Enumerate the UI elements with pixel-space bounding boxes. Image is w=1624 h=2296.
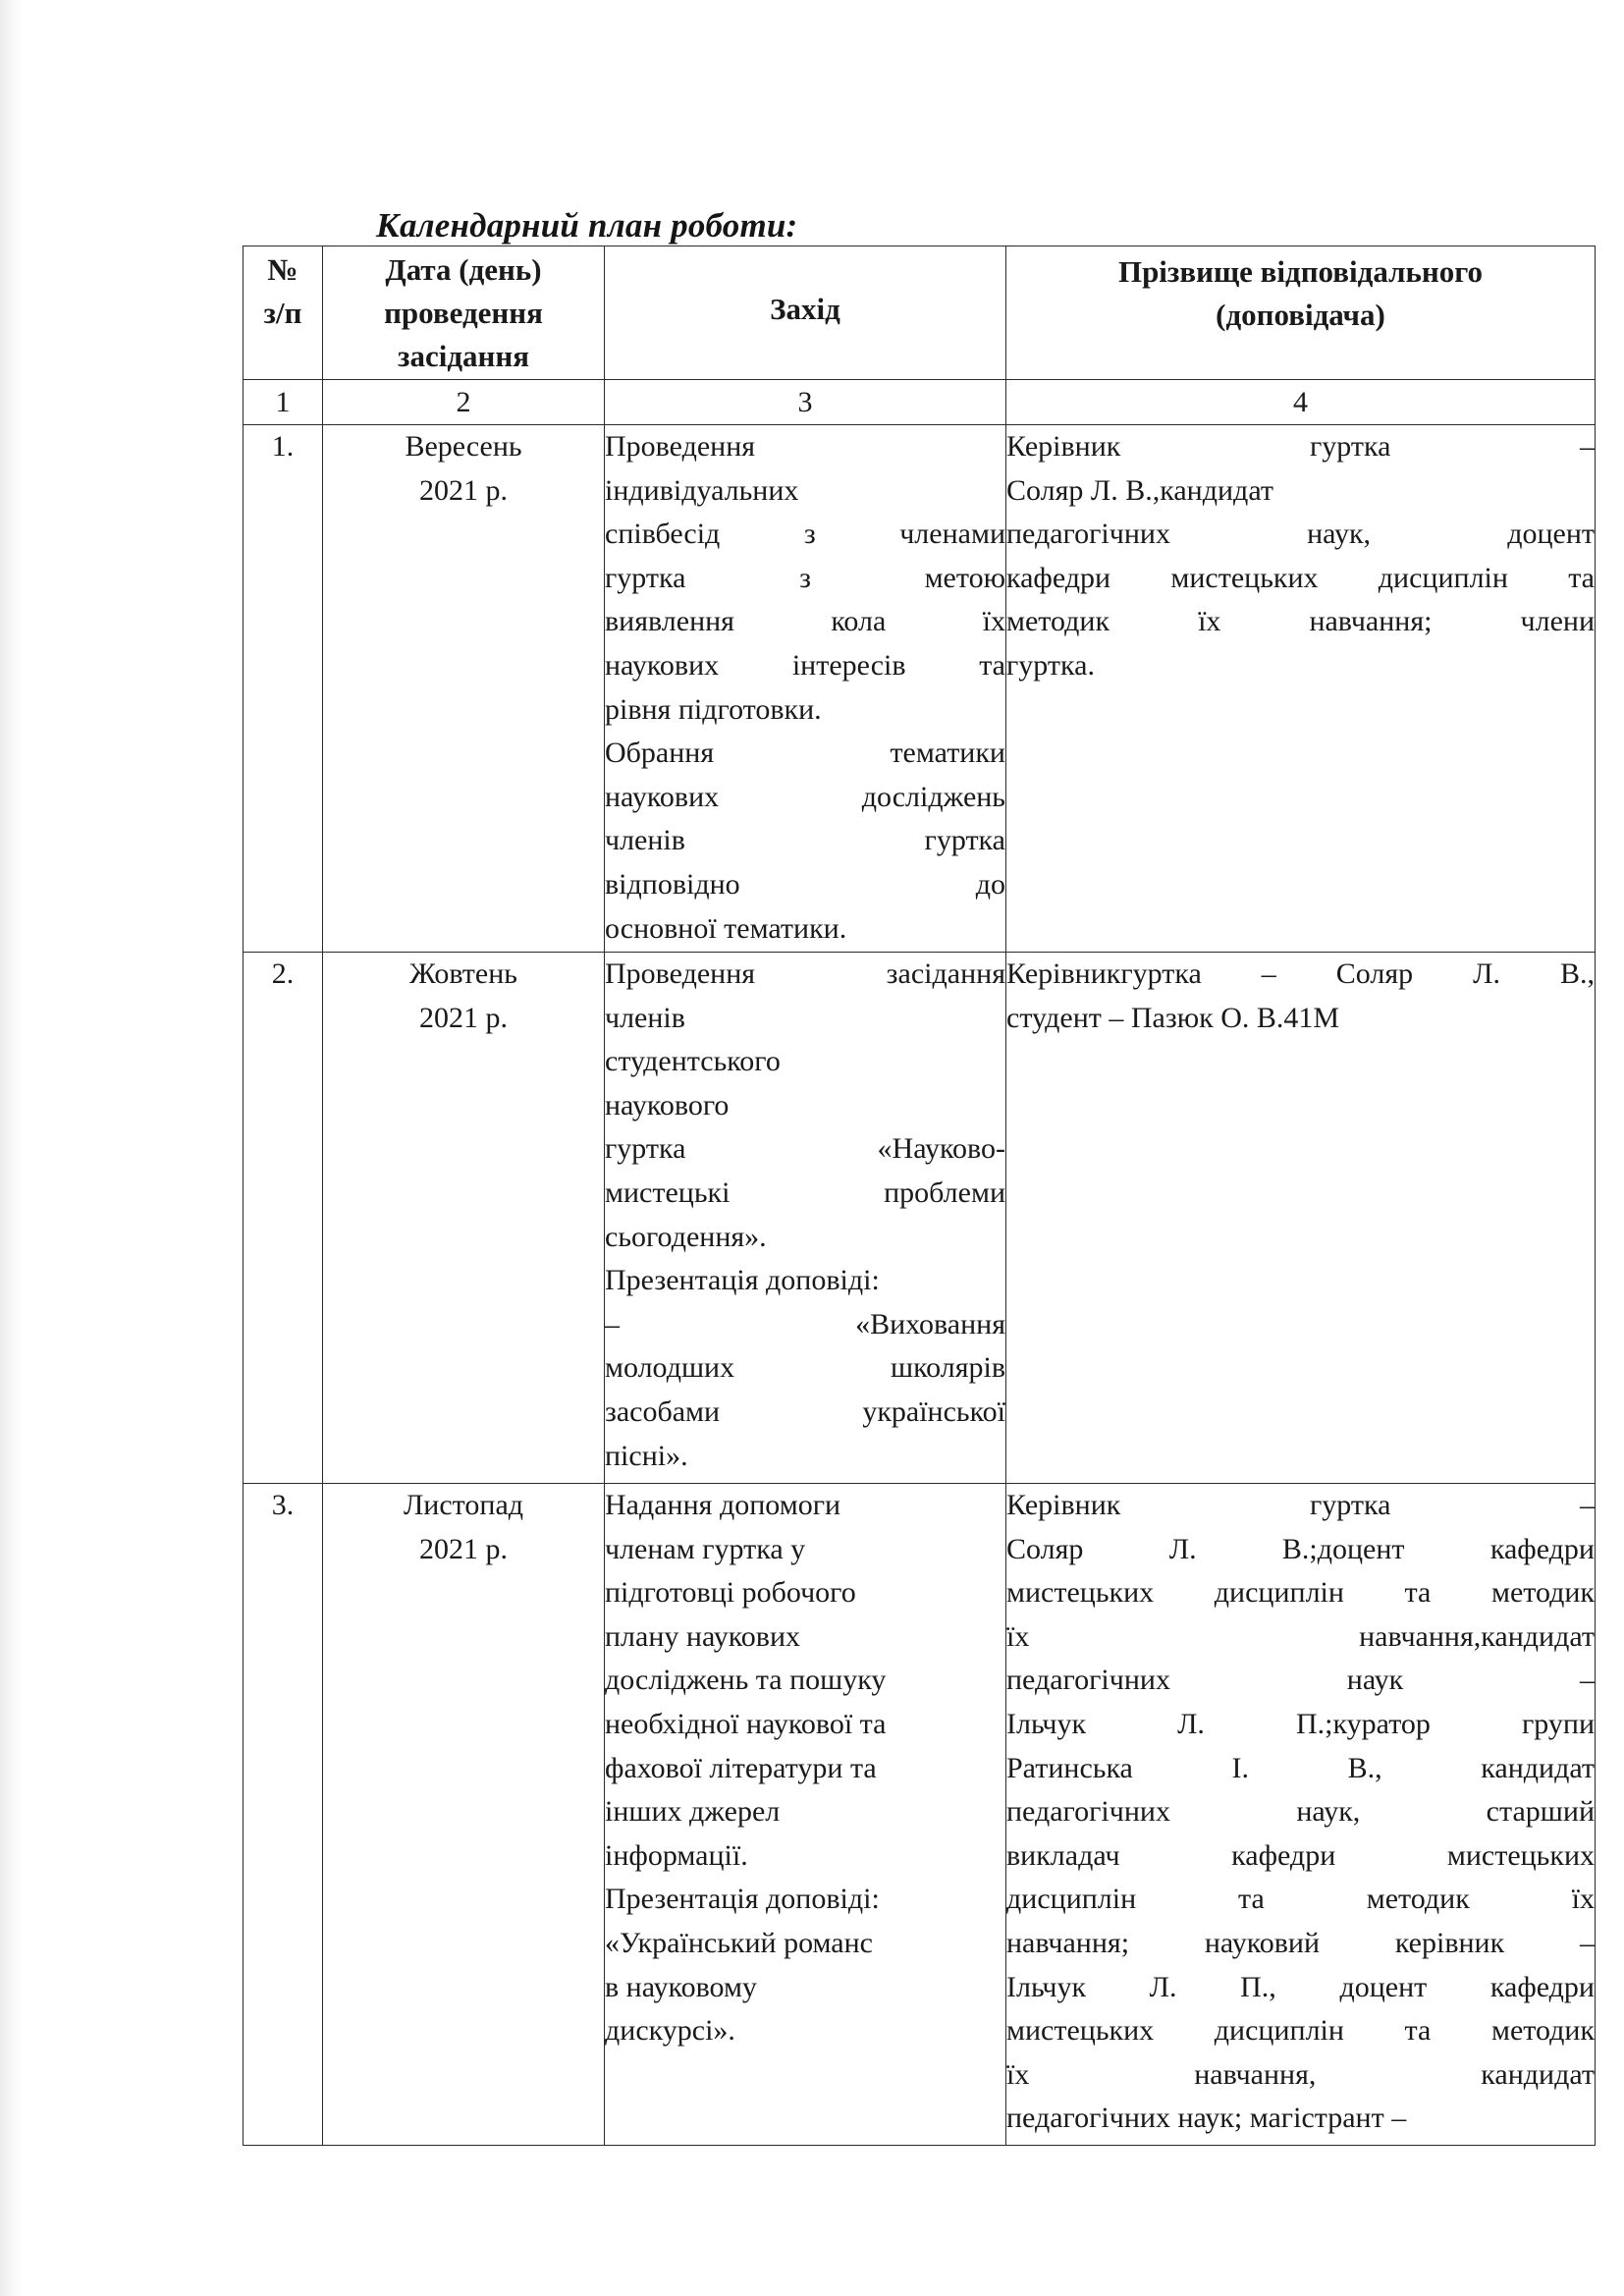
cell-text-line: фахової літератури та — [605, 1747, 1005, 1791]
document-title: Календарний план роботи: — [376, 206, 797, 246]
cell-text-line: – «Виховання — [605, 1303, 1005, 1347]
cell-text-line: засобами української — [605, 1391, 1005, 1435]
cell-text-line: наукового — [605, 1084, 1005, 1128]
cell-text-line: мистецькі проблеми — [605, 1172, 1005, 1216]
cell-text-line: методик їх навчання; члени — [1006, 600, 1595, 644]
cell-text-line: членів гуртка — [605, 819, 1005, 863]
cell-text-line: навчання; науковий керівник – — [1006, 1922, 1595, 1966]
row-responsible: Керівник гуртка –Соляр Л. В.,кандидатпед… — [1006, 425, 1596, 953]
scan-edge-shadow — [0, 0, 22, 2296]
cell-text-line: студент – Пазюк О. В.41М — [1006, 997, 1595, 1041]
cell-text-line: педагогічних наук, старший — [1006, 1790, 1595, 1834]
cell-text-line: Керівник гуртка – — [1006, 425, 1595, 469]
row-responsible: Керівник гуртка –Соляр Л. В.;доцент кафе… — [1006, 1484, 1596, 2146]
cell-text-line: мистецьких дисциплін та методик — [1006, 2009, 1595, 2053]
row-number: 2. — [244, 953, 323, 1484]
cell-text-line: інформації. — [605, 1834, 1005, 1879]
cell-text-line: наукових інтересів та — [605, 644, 1005, 688]
column-number: 3 — [605, 380, 1006, 425]
cell-text-line: необхідної наукової та — [605, 1703, 1005, 1747]
row-number: 1. — [244, 425, 323, 953]
cell-text-line: Презентація доповіді: — [605, 1259, 1005, 1303]
cell-text-line: досліджень та пошуку — [605, 1659, 1005, 1703]
row-number: 3. — [244, 1484, 323, 2146]
cell-text-line: гуртка «Науково- — [605, 1127, 1005, 1172]
cell-text-line: Керівникгуртка – Соляр Л. В., — [1006, 953, 1595, 997]
cell-text-line: гуртка з метою — [605, 557, 1005, 601]
cell-text-line: в науковому — [605, 1966, 1005, 2010]
cell-text-line: сьогодення». — [605, 1216, 1005, 1260]
column-number-row: 1 2 3 4 — [244, 380, 1596, 425]
cell-text-line: пісні». — [605, 1435, 1005, 1479]
cell-text-line: виявлення кола їх — [605, 600, 1005, 644]
cell-text-line: гуртка. — [1006, 644, 1595, 688]
column-number: 4 — [1006, 380, 1596, 425]
row-date: Листопад 2021 р. — [323, 1484, 605, 2146]
cell-text-line: «Український романс — [605, 1922, 1005, 1966]
header-event: Захід — [605, 246, 1006, 380]
cell-text-line: Соляр Л. В.,кандидат — [1006, 469, 1595, 514]
cell-text-line: Проведення засідання — [605, 953, 1005, 997]
cell-text-line: дисциплін та методик їх — [1006, 1878, 1595, 1922]
cell-text-line: Ільчук Л. П.;куратор групи — [1006, 1703, 1595, 1747]
cell-text-line: Проведення — [605, 425, 1005, 469]
row-event: Проведення засіданнячленівстудентськогон… — [605, 953, 1006, 1484]
cell-text-line: основної тематики. — [605, 907, 1005, 952]
cell-text-line: Обрання тематики — [605, 732, 1005, 776]
cell-text-line: їх навчання, кандидат — [1006, 2053, 1595, 2098]
column-number: 2 — [323, 380, 605, 425]
header-responsible: Прізвище відповідального (доповідача) — [1006, 246, 1596, 380]
cell-text-line: мистецьких дисциплін та методик — [1006, 1571, 1595, 1615]
cell-text-line: студентського — [605, 1040, 1005, 1084]
row-responsible: Керівникгуртка – Соляр Л. В.,студент – П… — [1006, 953, 1596, 1484]
cell-text-line: членів — [605, 997, 1005, 1041]
cell-text-line: Керівник гуртка – — [1006, 1484, 1595, 1528]
header-date: Дата (день) проведення засідання — [323, 246, 605, 380]
cell-text-line: педагогічних наук, доцент — [1006, 513, 1595, 557]
cell-text-line: співбесід з членами — [605, 513, 1005, 557]
table-header-row: № з/п Дата (день) проведення засідання З… — [244, 246, 1596, 380]
cell-text-line: рівня підготовки. — [605, 688, 1005, 733]
table-row: 3. Листопад 2021 р. Надання допомогичлен… — [244, 1484, 1596, 2146]
header-number: № з/п — [244, 246, 323, 380]
cell-text-line: підготовці робочого — [605, 1571, 1005, 1615]
cell-text-line: Презентація доповіді: — [605, 1878, 1005, 1922]
row-date: Жовтень 2021 р. — [323, 953, 605, 1484]
cell-text-line: кафедри мистецьких дисциплін та — [1006, 557, 1595, 601]
row-event: Проведенняіндивідуальнихспівбесід з член… — [605, 425, 1006, 953]
cell-text-line: молодших школярів — [605, 1346, 1005, 1391]
cell-text-line: індивідуальних — [605, 469, 1005, 514]
cell-text-line: педагогічних наук; магістрант – — [1006, 2097, 1595, 2141]
column-number: 1 — [244, 380, 323, 425]
cell-text-line: Ратинська І. В., кандидат — [1006, 1747, 1595, 1791]
cell-text-line: Соляр Л. В.;доцент кафедри — [1006, 1528, 1595, 1572]
cell-text-line: наукових досліджень — [605, 776, 1005, 820]
cell-text-line: відповідно до — [605, 863, 1005, 907]
cell-text-line: викладач кафедри мистецьких — [1006, 1834, 1595, 1879]
cell-text-line: Надання допомоги — [605, 1484, 1005, 1528]
row-event: Надання допомогичленам гуртка упідготовц… — [605, 1484, 1006, 2146]
cell-text-line: їх навчання,кандидат — [1006, 1615, 1595, 1660]
calendar-plan-table: № з/п Дата (день) проведення засідання З… — [243, 246, 1596, 2146]
cell-text-line: Ільчук Л. П., доцент кафедри — [1006, 1966, 1595, 2010]
table-row: 2. Жовтень 2021 р. Проведення засіданняч… — [244, 953, 1596, 1484]
cell-text-line: дискурсі». — [605, 2009, 1005, 2053]
cell-text-line: плану наукових — [605, 1615, 1005, 1660]
cell-text-line: інших джерел — [605, 1790, 1005, 1834]
table-row: 1. Вересень 2021 р. Проведенняіндивідуал… — [244, 425, 1596, 953]
cell-text-line: педагогічних наук – — [1006, 1659, 1595, 1703]
row-date: Вересень 2021 р. — [323, 425, 605, 953]
cell-text-line: членам гуртка у — [605, 1528, 1005, 1572]
